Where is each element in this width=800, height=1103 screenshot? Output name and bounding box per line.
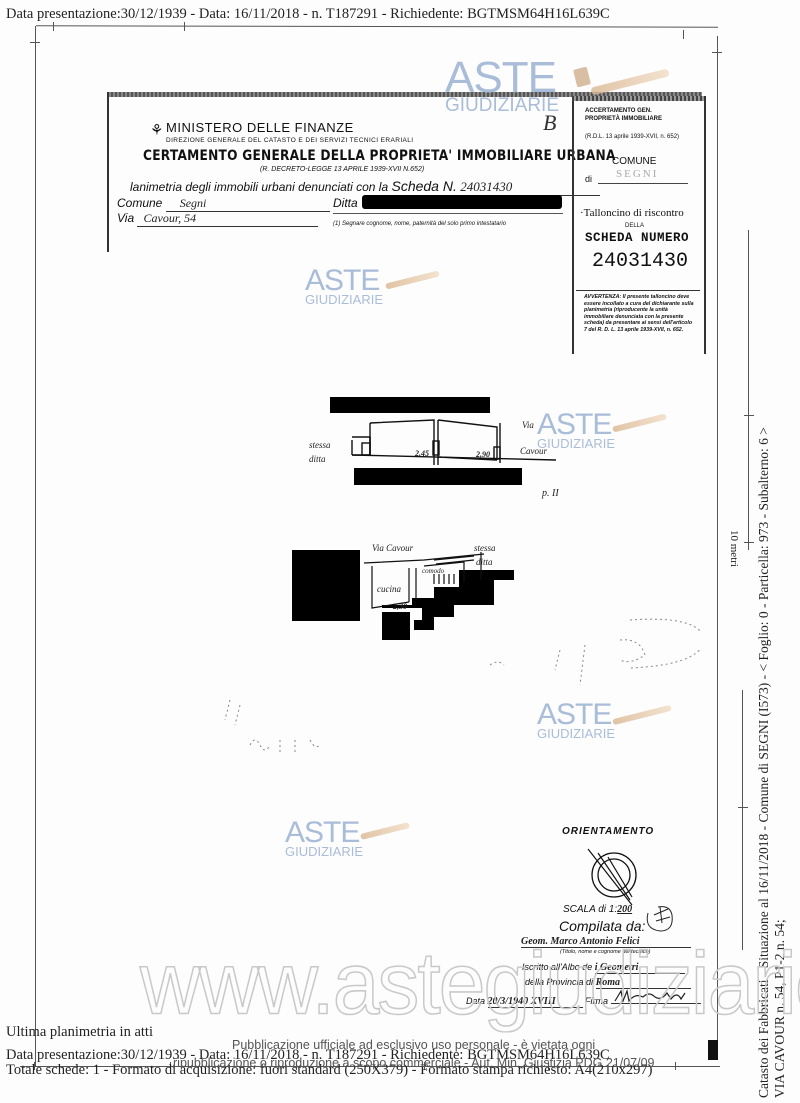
scheda-label: Scheda N. [391,178,456,194]
emblem-icon: ⚘ [150,121,163,140]
via-label: Via [117,211,134,225]
redaction-upper-bottom [354,468,522,485]
scala-value: 200 [617,904,632,915]
tall-comune-label: COMUNE [612,156,656,167]
tall-comune-line [598,183,688,184]
comune-row: Comune Segni [117,196,330,212]
ditta-row: Ditta [333,196,358,210]
watermark-aste-top: ASTE GIUDIZIARIE [445,56,559,115]
upper-label-via: Via [522,420,534,430]
header-info: Data presentazione:30/12/1939 - Data: 16… [6,6,610,23]
ditta-underline [333,213,563,214]
pubblicazione-line-1: Pubblicazione ufficiale ad esclusivo uso… [232,1038,595,1052]
scala-label: SCALA di 1: [563,904,617,915]
ditta-note: (1) Segnare cognome, nome, paternità del… [333,221,506,227]
upper-label-ditta: ditta [309,454,326,464]
gavel-icon [385,270,440,289]
wm-aste-text: ASTE [445,56,559,100]
tall-della: DELLA [625,223,644,229]
lower-label-stessa: stessa [474,543,496,553]
comune-value: Segni [166,196,330,212]
upper-plan-drawing [340,415,570,465]
wm-giudiziarie-text: GIUDIZIARIE [445,96,559,115]
redaction-upper-top [330,397,490,413]
upper-label-stessa: stessa [309,440,331,450]
ditta-label: Ditta [333,196,358,210]
tall-rdl: (R.D.L. 13 aprile 1939-XVII, n. 652) [585,134,679,140]
orientamento-label: ORIENTAMENTO [562,826,654,837]
lower-label-via-cavour: Via Cavour [372,543,413,553]
tall-accertamento: ACCERTAMENTO GEN. [585,108,652,114]
comune-label: Comune [117,196,162,210]
tall-divider [576,290,700,291]
watermark-aste-3: ASTE GIUDIZIARIE [537,410,615,450]
tall-proprieta: PROPRIETÀ IMMOBILIARE [585,116,662,122]
upper-height-1: 2,45 [415,449,429,458]
lower-label-comodo: comodo [422,567,444,575]
tall-comune-value: SEGNI [616,168,658,180]
watermark-website: www.astegiudiziarie.it [140,933,800,1035]
wm-giudiziarie-text: GIUDIZIARIE [285,845,363,858]
watermark-aste-5: ASTE GIUDIZIARIE [285,818,363,858]
lower-label-ditta: ditta [476,557,493,567]
tall-numero: 24031430 [592,250,688,273]
tall-avvertenza: AVVERTENZA: Il presente talloncino deve … [584,294,696,334]
tall-title: ·Talloncino di riscontro [580,207,684,219]
watermark-aste-4: ASTE GIUDIZIARIE [537,700,615,740]
tall-di-label: di [585,174,592,184]
planimetria-label: lanimetria degli immobili urbani denunci… [130,178,600,196]
stamp-mark-icon [640,895,680,935]
planimetria-text: lanimetria degli immobili urbani denunci… [130,180,388,194]
via-value: Cavour, 54 [137,211,318,227]
pubblicazione-line-2: ripubblicazione o riproduzione a scopo c… [173,1056,655,1070]
talloncino-top [572,96,704,101]
ditta-redaction [362,195,562,209]
scala-row: SCALA di 1:200 [563,904,632,915]
via-row: Via Cavour, 54 [117,211,318,227]
tall-scheda-numero: SCHEDA NUMERO [585,231,689,245]
scale-label: 10 metri [728,530,740,567]
direzione-subtitle: DIREZIONE GENERALE DEL CATASTO E DEI SER… [166,137,414,144]
wm-giudiziarie-text: GIUDIZIARIE [537,437,615,450]
upper-floor-label: p. II [542,488,559,499]
lower-label-cucina: cucina [377,584,401,594]
gavel-icon [360,822,410,840]
ultima-planimetria: Ultima planimetria in atti [6,1024,153,1041]
wm-giudiziarie-text: GIUDIZIARIE [305,293,383,306]
gavel-icon [612,413,667,432]
watermark-aste-2: ASTE GIUDIZIARIE [305,266,383,306]
decreto-note: (R. DECRETO-LEGGE 13 APRILE 1939-XVII N.… [260,166,424,173]
faint-handwriting [200,610,700,780]
upper-height-2: 2,90 [476,450,490,459]
gavel-icon [573,67,591,88]
ministero-title: MINISTERO DELLE FINANZE [166,120,354,135]
wm-giudiziarie-text: GIUDIZIARIE [537,727,615,740]
form-title: CERTAMENTO GENERALE DELLA PROPRIETA' IMM… [143,148,616,164]
